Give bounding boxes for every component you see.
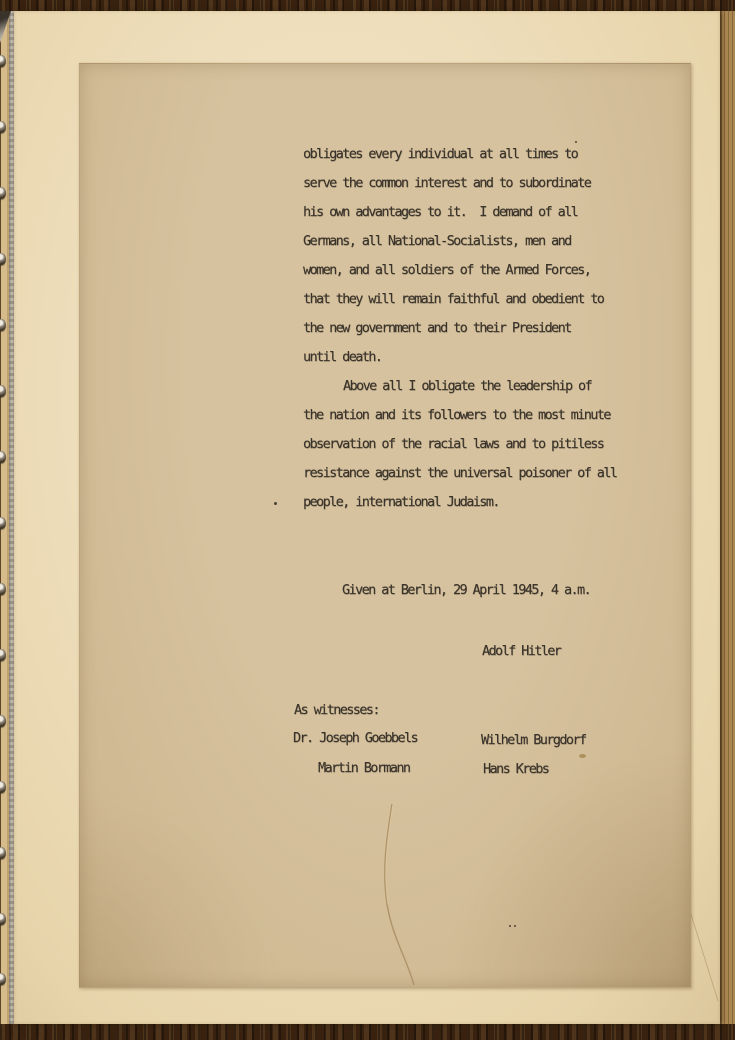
typewritten-line: until death. — [303, 343, 616, 372]
scanned-document-page: obligates every individual at all times … — [0, 0, 735, 1040]
binding-ring-icon — [0, 319, 6, 331]
typewritten-line: Above all I obligate the leadership of — [303, 372, 616, 401]
binding-ring-icon — [0, 253, 6, 265]
ink-speck — [509, 925, 511, 927]
binding-ring-icon — [0, 385, 6, 397]
witness-name: Hans Krebs — [483, 763, 548, 777]
witness-name: Martin Bormann — [318, 762, 409, 776]
typewritten-line: the nation and its followers to the most… — [303, 401, 616, 430]
binding-ring-icon — [0, 781, 6, 793]
typewritten-line: Germans, all National-Socialists, men an… — [303, 227, 616, 256]
book-cover-edge-bottom — [0, 1024, 735, 1040]
signature-name: Adolf Hitler — [482, 645, 560, 659]
ink-speck — [274, 502, 277, 505]
typewritten-line: serve the common interest and to subordi… — [303, 169, 616, 198]
album-page: obligates every individual at all times … — [14, 11, 720, 1024]
book-cover-edge-top — [0, 0, 735, 11]
binding-ring-icon — [0, 121, 6, 133]
testament-body-text: obligates every individual at all times … — [303, 140, 616, 517]
ink-speck — [514, 925, 516, 927]
typewritten-line: that they will remain faithful and obedi… — [303, 285, 616, 314]
page-stack-edge — [720, 11, 735, 1024]
binding-strip — [0, 11, 9, 1024]
typewritten-line: people, international Judaism. — [303, 488, 616, 517]
typewritten-line: his own advantages to it. I demand of al… — [303, 198, 616, 227]
typewritten-line: the new government and to their Presiden… — [303, 314, 616, 343]
binding-ring-icon — [0, 973, 6, 985]
paper-stain — [579, 754, 586, 758]
binding-ring-icon — [0, 517, 6, 529]
binding-ring-icon — [0, 847, 6, 859]
typewritten-line: obligates every individual at all times … — [303, 140, 616, 169]
witness-name: Wilhelm Burgdorf — [481, 734, 585, 748]
ink-speck — [575, 141, 577, 143]
binding-ring-icon — [0, 913, 6, 925]
dateline: Given at Berlin, 29 April 1945, 4 a.m. — [342, 584, 590, 598]
typewritten-line: women, and all soldiers of the Armed For… — [303, 256, 616, 285]
binding-ring-icon — [0, 715, 6, 727]
binding-ring-icon — [0, 649, 6, 661]
document-paper: obligates every individual at all times … — [79, 63, 691, 988]
witnesses-heading: As witnesses: — [294, 704, 379, 718]
binding-ring-icon — [0, 187, 6, 199]
typewritten-line: resistance against the universal poisone… — [303, 459, 616, 488]
binding-ring-icon — [0, 55, 6, 67]
binding-ring-icon — [0, 583, 6, 595]
binding-ring-icon — [0, 451, 6, 463]
typewritten-line: observation of the racial laws and to pi… — [303, 430, 616, 459]
witness-name: Dr. Joseph Goebbels — [293, 732, 417, 746]
